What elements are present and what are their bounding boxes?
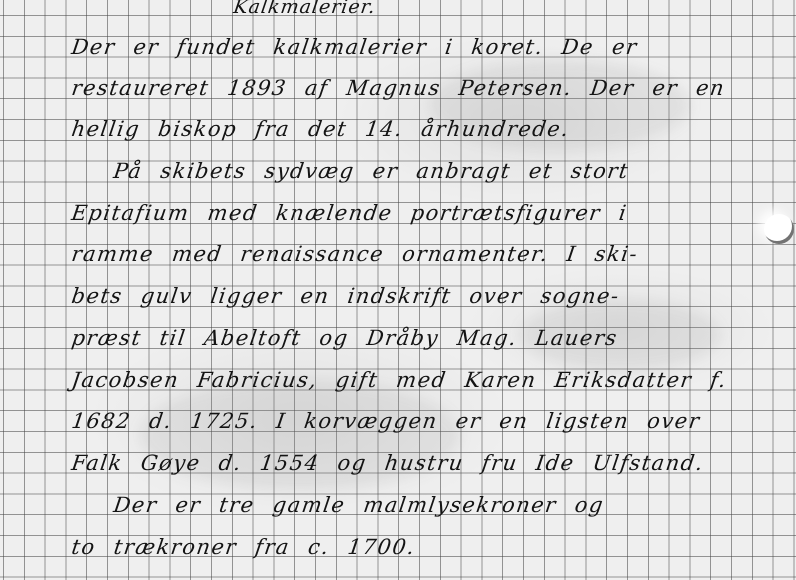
text-line-9: Jacobsen Fabricius, gift med Karen Eriks… xyxy=(70,368,729,392)
text-line-2: restaureret 1893 af Magnus Petersen. Der… xyxy=(70,76,727,100)
grid-paper-page: Kalkmalerier. Der er fundet kalkmalerier… xyxy=(0,0,796,580)
text-line-5: Epitafium med knælende portrætsfigurer i xyxy=(70,201,629,225)
text-line-6: ramme med renaissance ornamenter. I ski- xyxy=(70,242,640,266)
document-title: Kalkmalerier. xyxy=(232,0,377,18)
text-line-10: 1682 d. 1725. I korvæggen er en ligsten … xyxy=(70,409,702,433)
text-line-1: Der er fundet kalkmalerier i koret. De e… xyxy=(70,35,639,59)
punch-hole xyxy=(764,214,794,244)
text-line-3: hellig biskop fra det 14. århundrede. xyxy=(70,117,571,141)
text-line-8: præst til Abeltoft og Dråby Mag. Lauers xyxy=(70,326,619,350)
text-line-12: Der er tre gamle malmlysekroner og xyxy=(112,493,606,517)
text-line-7: bets gulv ligger en indskrift over sogne… xyxy=(70,284,621,308)
text-line-13: to træ­kroner fra c. 1700. xyxy=(70,535,417,559)
text-line-4: På skibets sydvæg er anbragt et stort xyxy=(112,159,631,183)
text-line-11: Falk Gøye d. 1554 og hustru fru Ide Ulfs… xyxy=(70,451,706,475)
